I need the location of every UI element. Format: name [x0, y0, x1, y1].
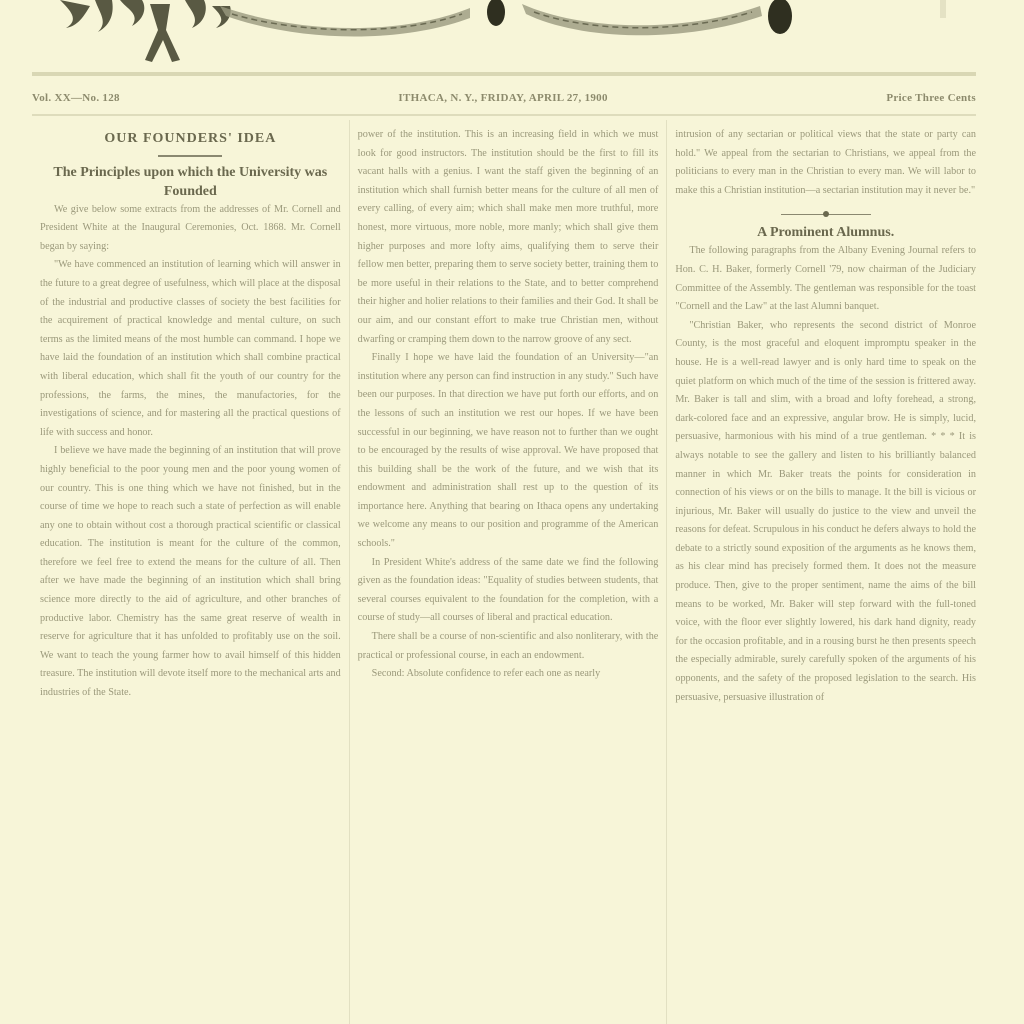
article-paragraph: I believe we have made the beginning of … — [40, 442, 341, 702]
masthead-illustration — [0, 0, 1024, 72]
masthead-rule — [32, 72, 976, 76]
price: Price Three Cents — [886, 92, 976, 104]
article-headline: OUR FOUNDERS' IDEA — [40, 130, 341, 149]
article-paragraph: "We have commenced an institution of lea… — [40, 256, 341, 442]
section-divider-ornament — [781, 214, 871, 215]
article-paragraph: There shall be a course of non-scientifi… — [358, 628, 659, 665]
article-paragraph: power of the institution. This is an inc… — [358, 126, 659, 349]
article-paragraph: The following paragraphs from the Albany… — [675, 242, 976, 316]
headline-rule — [158, 155, 222, 157]
article-paragraph: We give below some extracts from the add… — [40, 201, 341, 257]
place-and-date: ITHACA, N. Y., FRIDAY, APRIL 27, 1900 — [398, 92, 607, 104]
column-2: power of the institution. This is an inc… — [350, 120, 668, 1024]
column-3: intrusion of any sectarian or political … — [667, 120, 984, 1024]
article-subheadline: The Principles upon which the University… — [40, 163, 341, 201]
article-paragraph: intrusion of any sectarian or political … — [675, 126, 976, 200]
article-paragraph: Finally I hope we have laid the foundati… — [358, 349, 659, 554]
dateline-bar: Vol. XX—No. 128 ITHACA, N. Y., FRIDAY, A… — [32, 88, 976, 108]
foliage-icon — [60, 0, 231, 62]
article-headline: A Prominent Alumnus. — [675, 223, 976, 242]
article-paragraph: In President White's address of the same… — [358, 554, 659, 628]
article-paragraph: Second: Absolute confidence to refer eac… — [358, 665, 659, 684]
article-paragraph: "Christian Baker, who represents the sec… — [675, 317, 976, 707]
article-columns: OUR FOUNDERS' IDEA The Principles upon w… — [32, 120, 984, 1024]
volume-number: Vol. XX—No. 128 — [32, 92, 120, 104]
column-1: OUR FOUNDERS' IDEA The Principles upon w… — [32, 120, 350, 1024]
dateline-rule — [32, 114, 976, 116]
